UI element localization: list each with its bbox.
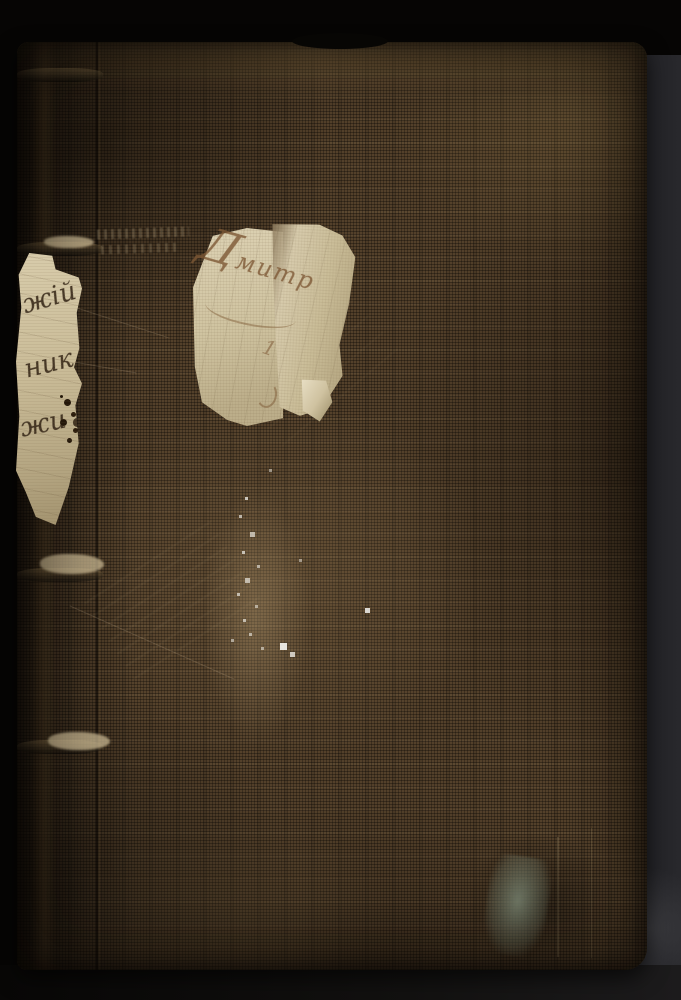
spine-label-text-fragment: ник (21, 343, 76, 384)
spine-label-text-fragment: жій (19, 276, 80, 320)
photo-scene: жій ник жи Дмитр 1 (0, 0, 681, 1000)
top-edge-notch (292, 33, 388, 49)
spine-label-text-fragment: жи (17, 405, 69, 444)
handwriting-initial: Д (203, 242, 239, 252)
front-cover-label: Дмитр 1 (193, 224, 353, 436)
edge-vignette (17, 42, 647, 970)
white-paint-speckles (0, 0, 1, 1)
dirt-crumbs (60, 395, 63, 398)
background-bottom (0, 965, 681, 1000)
book-cover (17, 42, 647, 970)
